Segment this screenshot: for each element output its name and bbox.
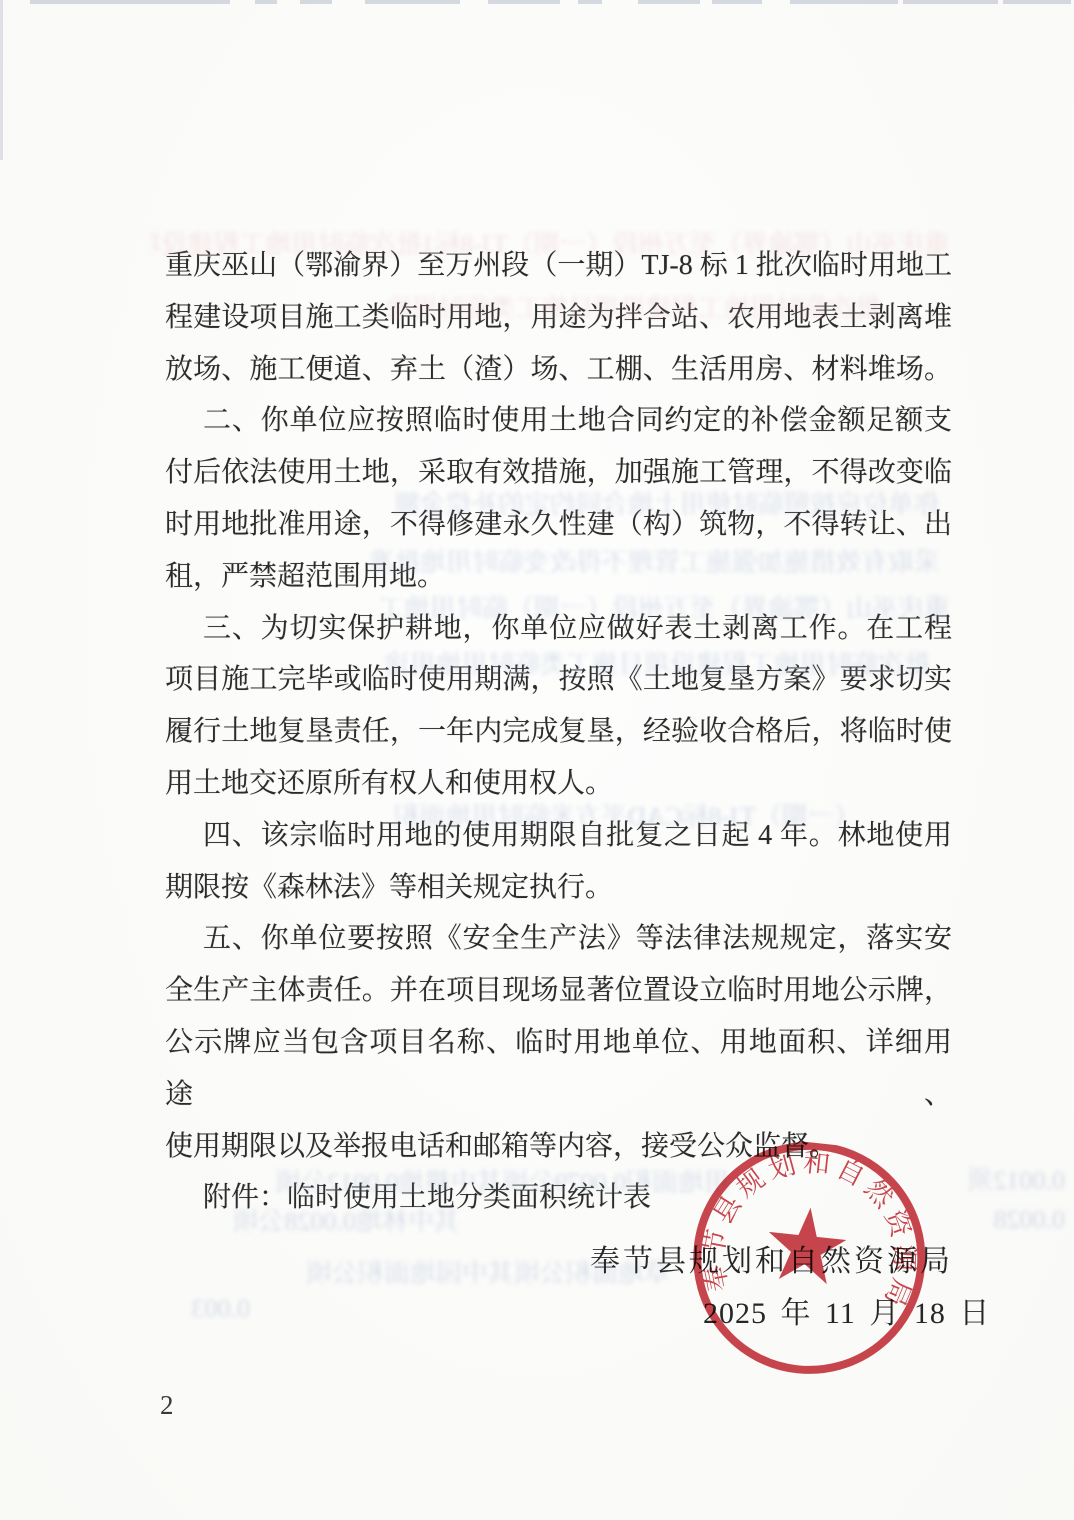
body-text-line: 租，严禁超范围用地。 bbox=[165, 551, 952, 603]
body-text-line: 公示牌应当包含项目名称、临时用地单位、用地面积、详细用途、 bbox=[165, 1017, 952, 1121]
body-text-line: 放场、施工便道、弃土（渣）场、工棚、生活用房、材料堆场。 bbox=[165, 344, 952, 396]
body-text-line: 二、你单位应按照临时使用土地合同约定的补偿金额足额支 bbox=[165, 395, 952, 447]
body-text-line: 重庆巫山（鄂渝界）至万州段（一期）TJ-8 标 1 批次临时用地工 bbox=[165, 240, 952, 292]
body-text-line: 五、你单位要按照《安全生产法》等法律法规规定，落实安 bbox=[165, 913, 952, 965]
scan-edge-artifact bbox=[578, 0, 602, 4]
scan-edge-artifact bbox=[30, 0, 230, 4]
bleedthrough-artifact: 0.0028 bbox=[945, 1205, 1065, 1235]
body-text-line: 三、为切实保护耕地，你单位应做好表土剥离工作。在工程 bbox=[165, 603, 952, 655]
scan-edge-artifact bbox=[365, 0, 460, 4]
body-text-line: 四、该宗临时用地的使用期限自批复之日起 4 年。林地使用 bbox=[165, 810, 952, 862]
page-number: 2 bbox=[160, 1390, 174, 1421]
body-text-line: 全生产主体责任。并在项目现场显著位置设立临时用地公示牌， bbox=[165, 965, 952, 1017]
scan-edge-artifact bbox=[790, 0, 898, 4]
body-text-line: 程建设项目施工类临时用地，用途为拌合站、农用地表土剥离堆 bbox=[165, 292, 952, 344]
document-body-text: 重庆巫山（鄂渝界）至万州段（一期）TJ-8 标 1 批次临时用地工程建设项目施工… bbox=[165, 240, 952, 1224]
body-text-line: 用土地交还原所有权人和使用权人。 bbox=[165, 758, 952, 810]
scan-edge-artifact bbox=[300, 0, 332, 4]
official-seal: 奉节县规划和自然资源局 bbox=[680, 1131, 939, 1390]
body-text-line: 期限按《森林法》等相关规定执行。 bbox=[165, 862, 952, 914]
body-text-line: 时用地批准用途，不得修建永久性建（构）筑物，不得转让、出 bbox=[165, 499, 952, 551]
body-text-line: 履行土地复垦责任，一年内完成复垦，经验收合格后，将临时使 bbox=[165, 706, 952, 758]
scan-edge-artifact bbox=[638, 0, 700, 4]
scan-edge-artifact bbox=[903, 0, 998, 4]
bleedthrough-artifact: 0.0012须 bbox=[935, 1160, 1065, 1197]
bleedthrough-artifact: 0.003 bbox=[130, 1294, 250, 1324]
scan-edge-artifact bbox=[0, 0, 3, 160]
body-text-line: 项目施工完毕或临时使用期满，按照《土地复垦方案》要求切实 bbox=[165, 654, 952, 706]
scan-edge-artifact bbox=[1003, 0, 1071, 4]
bleedthrough-artifact: 草地面积公顷其中园地面积公顷 bbox=[130, 1253, 670, 1290]
body-text-line: 付后依法使用土地，采取有效措施，加强施工管理，不得改变临 bbox=[165, 447, 952, 499]
scan-edge-artifact bbox=[488, 0, 560, 4]
scan-edge-artifact bbox=[712, 0, 762, 4]
scanned-document-page: 重庆巫山（鄂渝界）至万州段（一期）TJ-8标1批次临时用地工程建设项目批次临时用… bbox=[0, 0, 1074, 1520]
scan-edge-artifact bbox=[255, 0, 277, 4]
seal-star-icon bbox=[764, 1204, 849, 1286]
